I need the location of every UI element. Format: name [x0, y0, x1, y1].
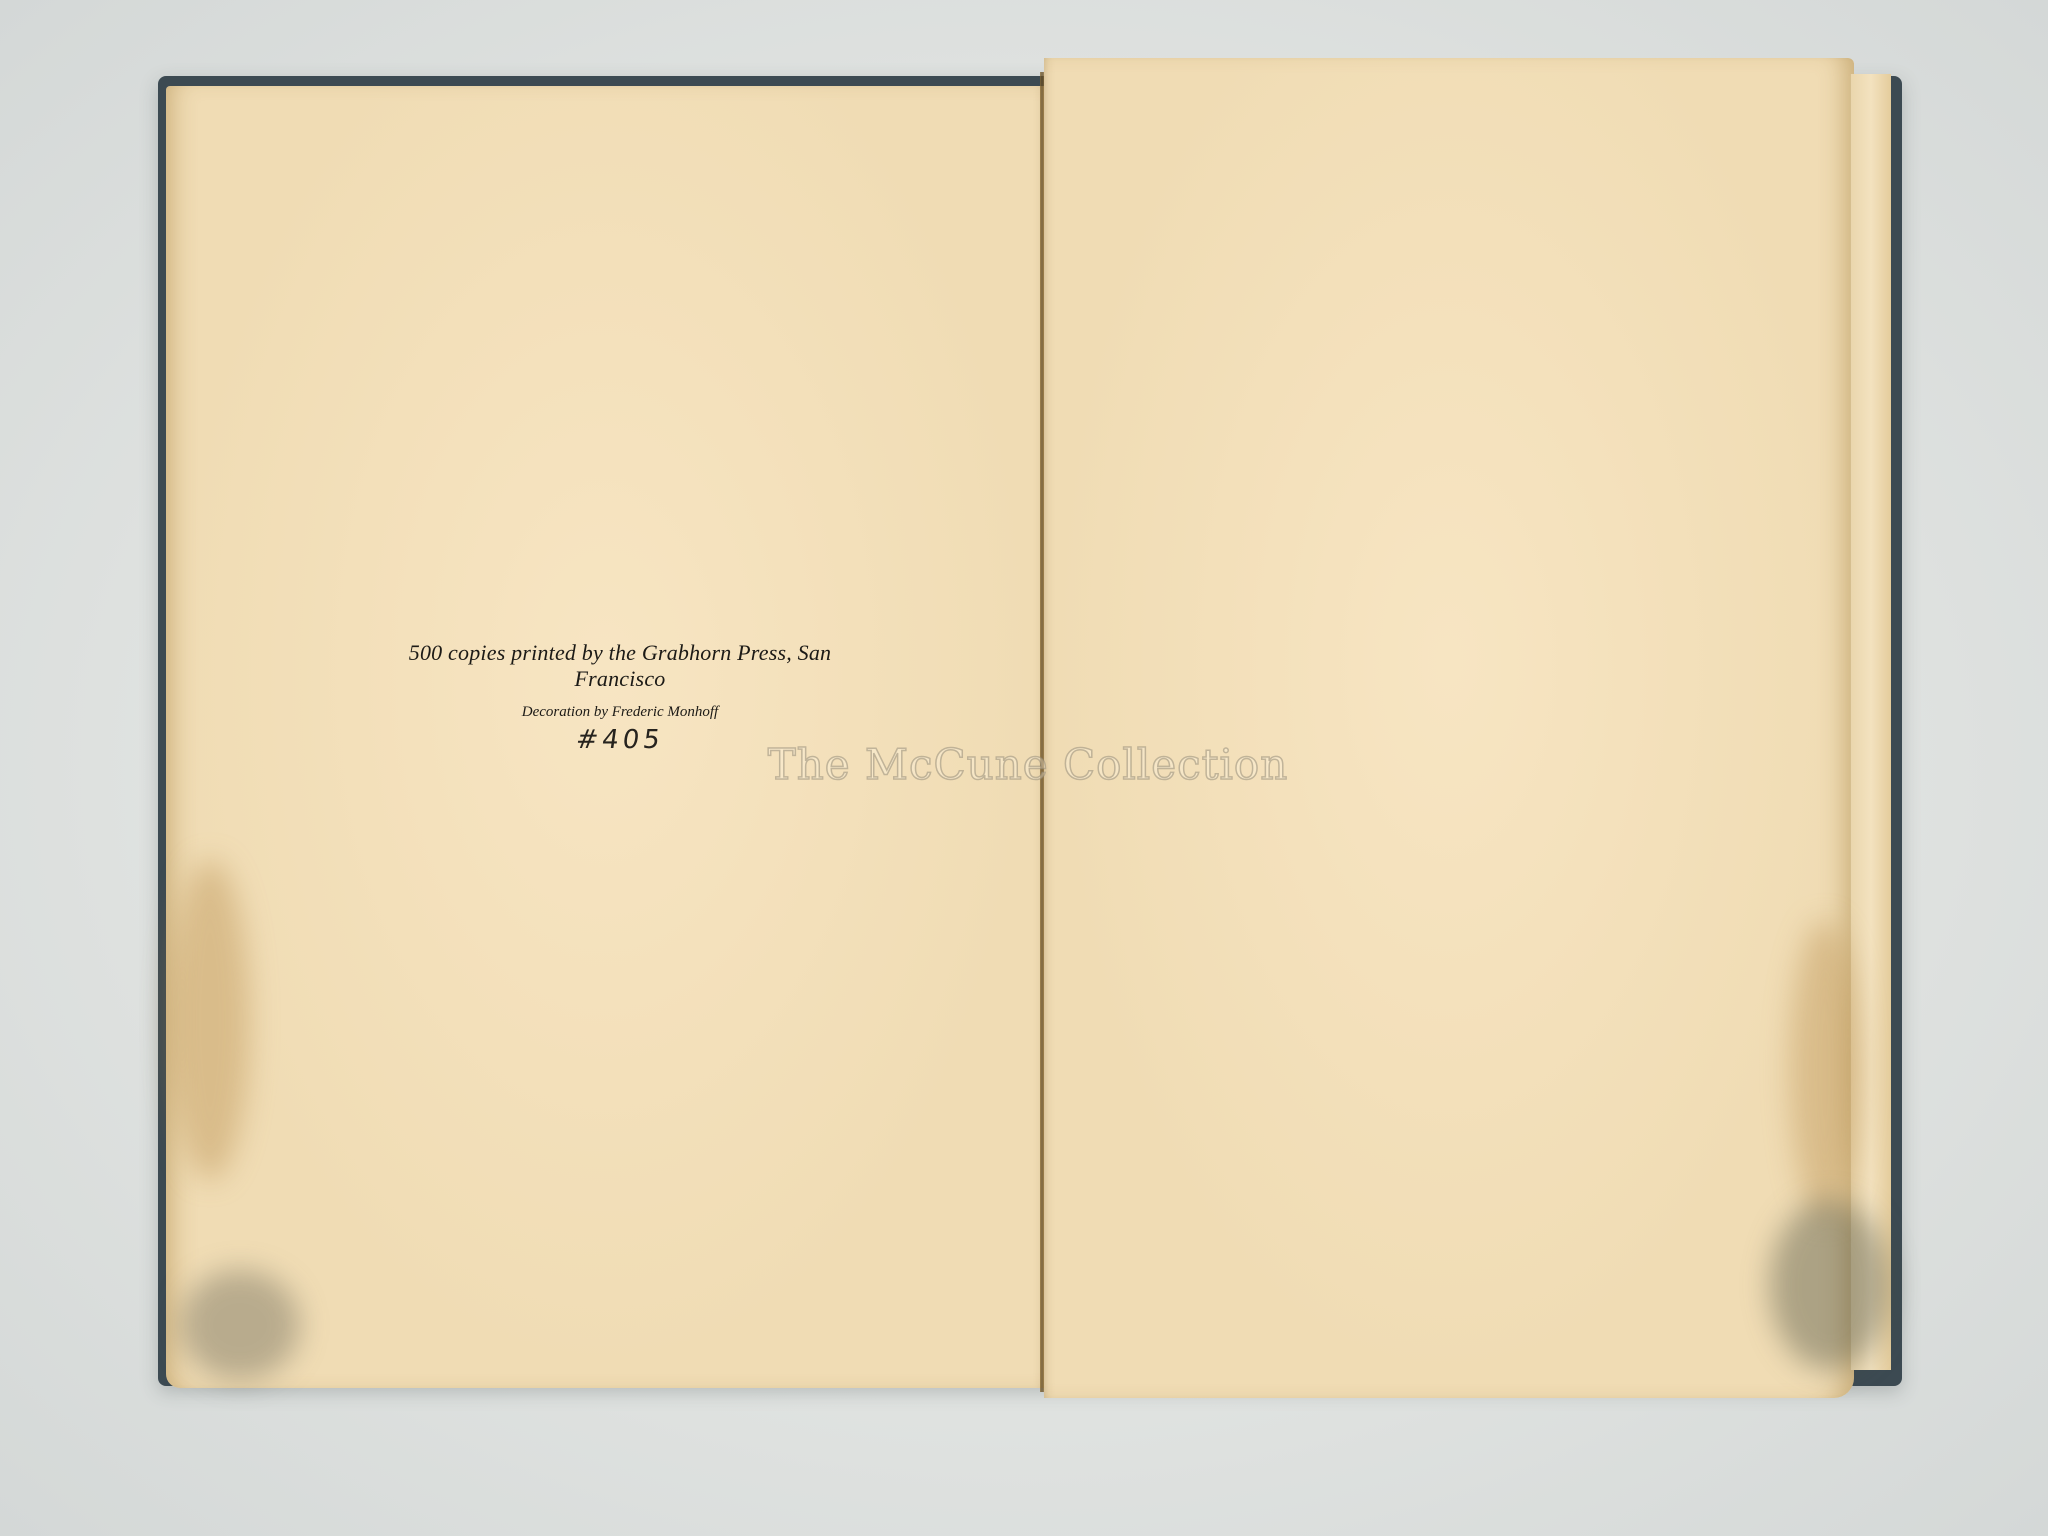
water-stain: [1790, 920, 1860, 1220]
water-stain: [170, 860, 250, 1180]
right-page: [1044, 58, 1854, 1398]
photo-scene: 500 copies printed by the Grabhorn Press…: [0, 0, 2048, 1536]
page-block-edge: [1850, 74, 1891, 1370]
corner-soiling: [180, 1270, 300, 1380]
book-gutter: [1040, 72, 1044, 1392]
watermark: The McCune Collection: [718, 740, 1338, 789]
colophon-printing-note: 500 copies printed by the Grabhorn Press…: [380, 640, 860, 692]
colophon-decoration-credit: Decoration by Frederic Monhoff: [380, 704, 860, 721]
colophon: 500 copies printed by the Grabhorn Press…: [380, 640, 860, 755]
corner-soiling: [1770, 1200, 1890, 1370]
